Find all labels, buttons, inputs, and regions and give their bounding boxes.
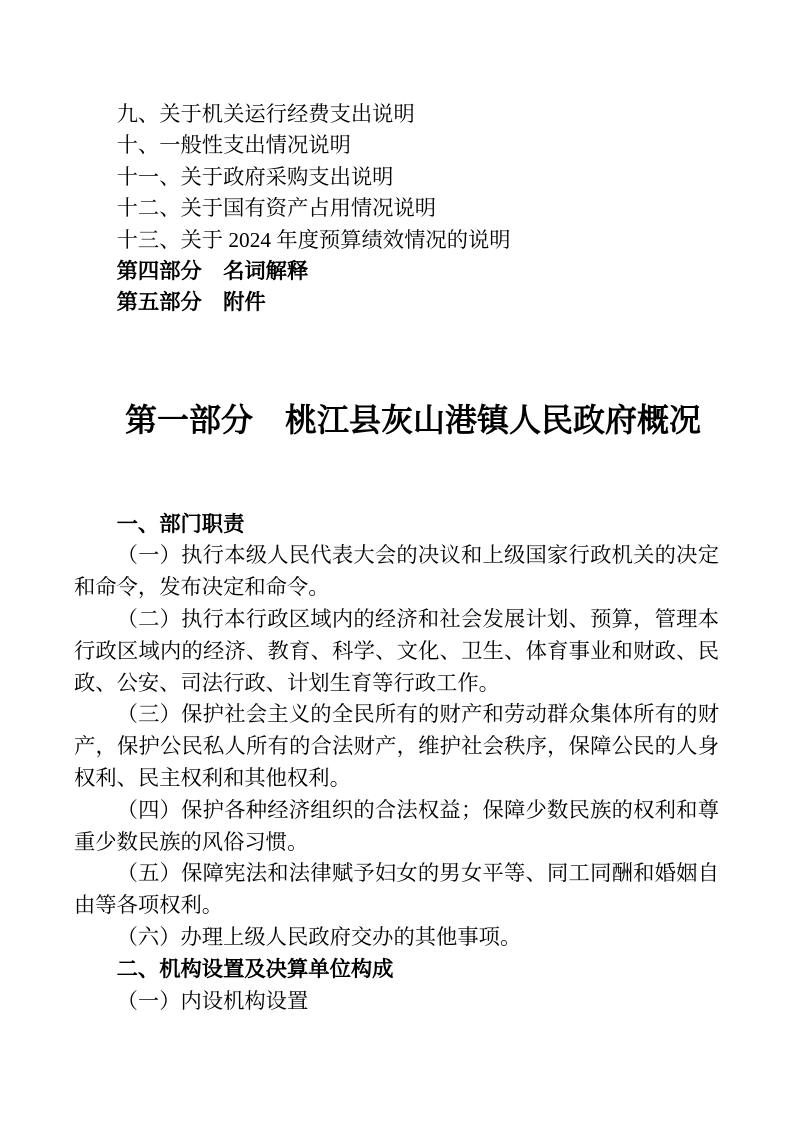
paragraph: （五）保障宪法和法律赋予妇女的男女平等、同工同酬和婚姻自由等各项权利。: [74, 858, 719, 922]
paragraph: （二）执行本行政区域内的经济和社会发展计划、预算，管理本行政区域内的经济、教育、…: [74, 604, 719, 699]
paragraph: （六）办理上级人民政府交办的其他事项。: [74, 922, 719, 954]
subsection-heading: 二、机构设置及决算单位构成: [74, 954, 719, 986]
table-of-contents: 九、关于机关运行经费支出说明 十、一般性支出情况说明 十一、关于政府采购支出说明…: [74, 99, 719, 319]
paragraph: （四）保护各种经济组织的合法权益；保障少数民族的权利和尊重少数民族的风俗习惯。: [74, 795, 719, 859]
paragraph: （三）保护社会主义的全民所有的财产和劳动群众集体所有的财产，保护公民私人所有的合…: [74, 699, 719, 794]
toc-part-heading: 第四部分 名词解释: [74, 256, 719, 287]
paragraph: （一）执行本级人民代表大会的决议和上级国家行政机关的决定和命令，发布决定和命令。: [74, 540, 719, 604]
toc-part-heading: 第五部分 附件: [74, 287, 719, 318]
toc-item: 九、关于机关运行经费支出说明: [74, 99, 719, 130]
part-one-title: 第一部分 桃江县灰山港镇人民政府概况: [107, 398, 719, 443]
subsection-heading: 一、部门职责: [74, 509, 719, 541]
document-page: 九、关于机关运行经费支出说明 十、一般性支出情况说明 十一、关于政府采购支出说明…: [0, 0, 793, 1122]
body-text: 一、部门职责 （一）执行本级人民代表大会的决议和上级国家行政机关的决定和命令，发…: [74, 509, 719, 1018]
page-content: 九、关于机关运行经费支出说明 十、一般性支出情况说明 十一、关于政府采购支出说明…: [0, 0, 793, 1017]
paragraph: （一）内设机构设置: [74, 986, 719, 1018]
toc-item: 十二、关于国有资产占用情况说明: [74, 193, 719, 224]
toc-item: 十、一般性支出情况说明: [74, 130, 719, 161]
toc-item: 十三、关于 2024 年度预算绩效情况的说明: [74, 225, 719, 256]
toc-item: 十一、关于政府采购支出说明: [74, 162, 719, 193]
